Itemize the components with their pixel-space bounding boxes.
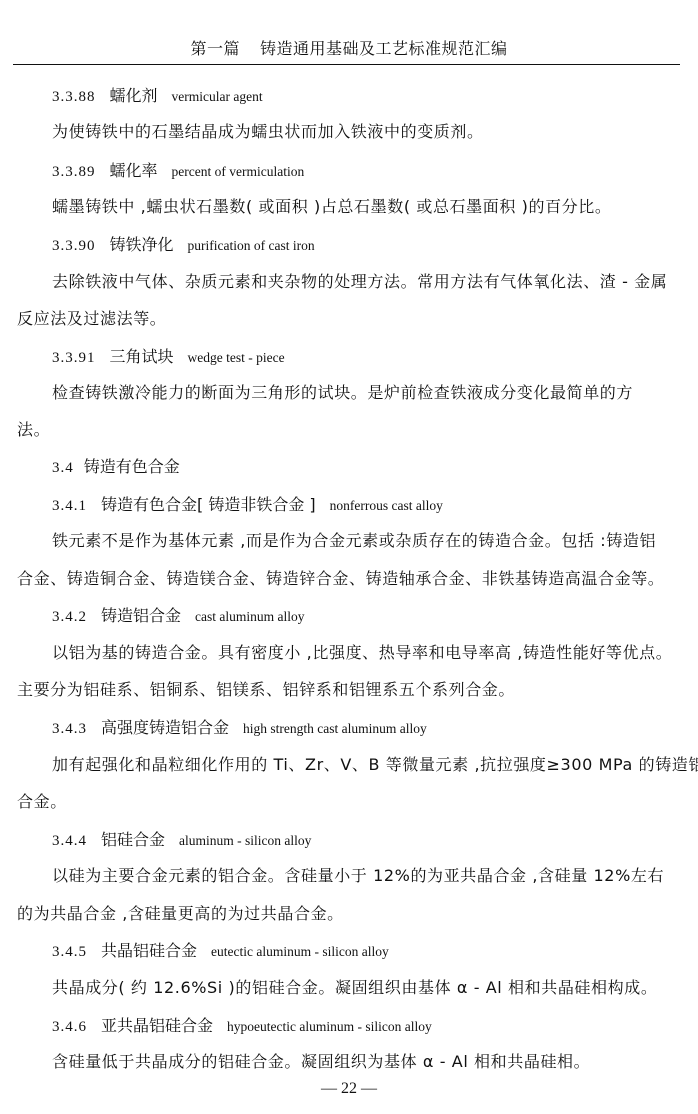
term-heading: 3.4.6亚共晶铝硅合金hypoeutectic aluminum - sili… (52, 1016, 698, 1037)
term-number: 3.4.4 (52, 833, 87, 849)
term-heading: 3.4.1铸造有色合金[ 铸造非铁合金 ]nonferrous cast all… (52, 495, 698, 516)
section-number: 3.4 (52, 460, 74, 476)
section-heading: 3.4铸造有色合金 (52, 457, 698, 478)
term-zh: 铝硅合金 (101, 830, 165, 849)
definition-line: 合金、铸造铜合金、铸造镁合金、铸造锌合金、铸造轴承合金、非铁基铸造高温合金等。 (17, 569, 698, 589)
definition-line: 的为共晶合金 ,含硅量更高的为过共晶合金。 (17, 904, 698, 924)
definition-line: 含硅量低于共晶成分的铝硅合金。凝固组织为基体 α - Al 相和共晶硅相。 (52, 1052, 698, 1072)
header-title: 铸造通用基础及工艺标准规范汇编 (260, 39, 508, 58)
definition-line: 加有起强化和晶粒细化作用的 Ti、Zr、V、B 等微量元素 ,抗拉强度≥300 … (52, 755, 698, 775)
term-heading: 3.3.90铸铁净化purification of cast iron (52, 235, 698, 256)
term-en: percent of vermiculation (172, 164, 305, 179)
part-label: 第一篇 (190, 39, 240, 58)
term-number: 3.4.2 (52, 609, 87, 625)
definition-line: 以铝为基的铸造合金。具有密度小 ,比强度、热导率和电导率高 ,铸造性能好等优点。 (52, 643, 698, 663)
running-header: 第一篇铸造通用基础及工艺标准规范汇编 (0, 36, 698, 59)
definition-line: 共晶成分( 约 12.6%Si )的铝硅合金。凝固组织由基体 α - Al 相和… (52, 978, 698, 998)
term-number: 3.3.89 (52, 164, 96, 180)
term-zh: 铸造铝合金 (101, 606, 181, 625)
term-zh: 蠕化率 (110, 161, 158, 180)
page-number: — 22 — (0, 1080, 698, 1098)
term-en: hypoeutectic aluminum - silicon alloy (227, 1019, 432, 1034)
term-zh: 三角试块 (110, 347, 174, 366)
term-en: high strength cast aluminum alloy (243, 721, 427, 736)
term-en: vermicular agent (172, 89, 263, 104)
term-en: aluminum - silicon alloy (179, 833, 311, 848)
header-rule (13, 64, 680, 65)
term-number: 3.3.90 (52, 238, 96, 254)
term-zh: 铸造有色合金[ 铸造非铁合金 ] (101, 495, 316, 514)
term-zh: 蠕化剂 (110, 86, 158, 105)
definition-line: 法。 (17, 420, 698, 440)
term-number: 3.4.5 (52, 944, 87, 960)
definition-line: 蠕墨铸铁中 ,蠕虫状石墨数( 或面积 )占总石墨数( 或总石墨面积 )的百分比。 (52, 197, 698, 217)
term-heading: 3.4.4铝硅合金aluminum - silicon alloy (52, 830, 698, 851)
term-heading: 3.4.3高强度铸造铝合金high strength cast aluminum… (52, 718, 698, 739)
term-heading: 3.3.88蠕化剂vermicular agent (52, 86, 698, 107)
term-en: cast aluminum alloy (195, 609, 304, 624)
definition-line: 合金。 (17, 792, 698, 812)
term-en: nonferrous cast alloy (330, 498, 443, 513)
term-number: 3.3.91 (52, 350, 96, 366)
term-heading: 3.4.2铸造铝合金cast aluminum alloy (52, 606, 698, 627)
term-en: wedge test - piece (188, 350, 285, 365)
definition-line: 以硅为主要合金元素的铝合金。含硅量小于 12%的为亚共晶合金 ,含硅量 12%左… (52, 866, 698, 886)
term-en: eutectic aluminum - silicon alloy (211, 944, 389, 959)
definition-line: 主要分为铝硅系、铝铜系、铝镁系、铝锌系和铝锂系五个系列合金。 (17, 680, 698, 700)
term-heading: 3.3.91三角试块wedge test - piece (52, 347, 698, 368)
section-title: 铸造有色合金 (84, 457, 180, 476)
term-zh: 铸铁净化 (110, 235, 174, 254)
definition-line: 反应法及过滤法等。 (17, 309, 698, 329)
term-number: 3.4.6 (52, 1019, 87, 1035)
term-number: 3.4.3 (52, 721, 87, 737)
definition-line: 铁元素不是作为基体元素 ,而是作为合金元素或杂质存在的铸造合金。包括 :铸造铝 (52, 531, 698, 551)
term-en: purification of cast iron (188, 238, 315, 253)
term-zh: 高强度铸造铝合金 (101, 718, 229, 737)
term-heading: 3.4.5共晶铝硅合金eutectic aluminum - silicon a… (52, 941, 698, 962)
definition-line: 检查铸铁激冷能力的断面为三角形的试块。是炉前检查铁液成分变化最简单的方 (52, 383, 698, 403)
term-number: 3.4.1 (52, 498, 87, 514)
term-zh: 共晶铝硅合金 (101, 941, 197, 960)
definition-line: 为使铸铁中的石墨结晶成为蠕虫状而加入铁液中的变质剂。 (52, 122, 698, 142)
term-heading: 3.3.89蠕化率percent of vermiculation (52, 161, 698, 182)
term-number: 3.3.88 (52, 89, 96, 105)
term-zh: 亚共晶铝硅合金 (101, 1016, 213, 1035)
definition-line: 去除铁液中气体、杂质元素和夹杂物的处理方法。常用方法有气体氧化法、渣 - 金属 (52, 272, 698, 292)
